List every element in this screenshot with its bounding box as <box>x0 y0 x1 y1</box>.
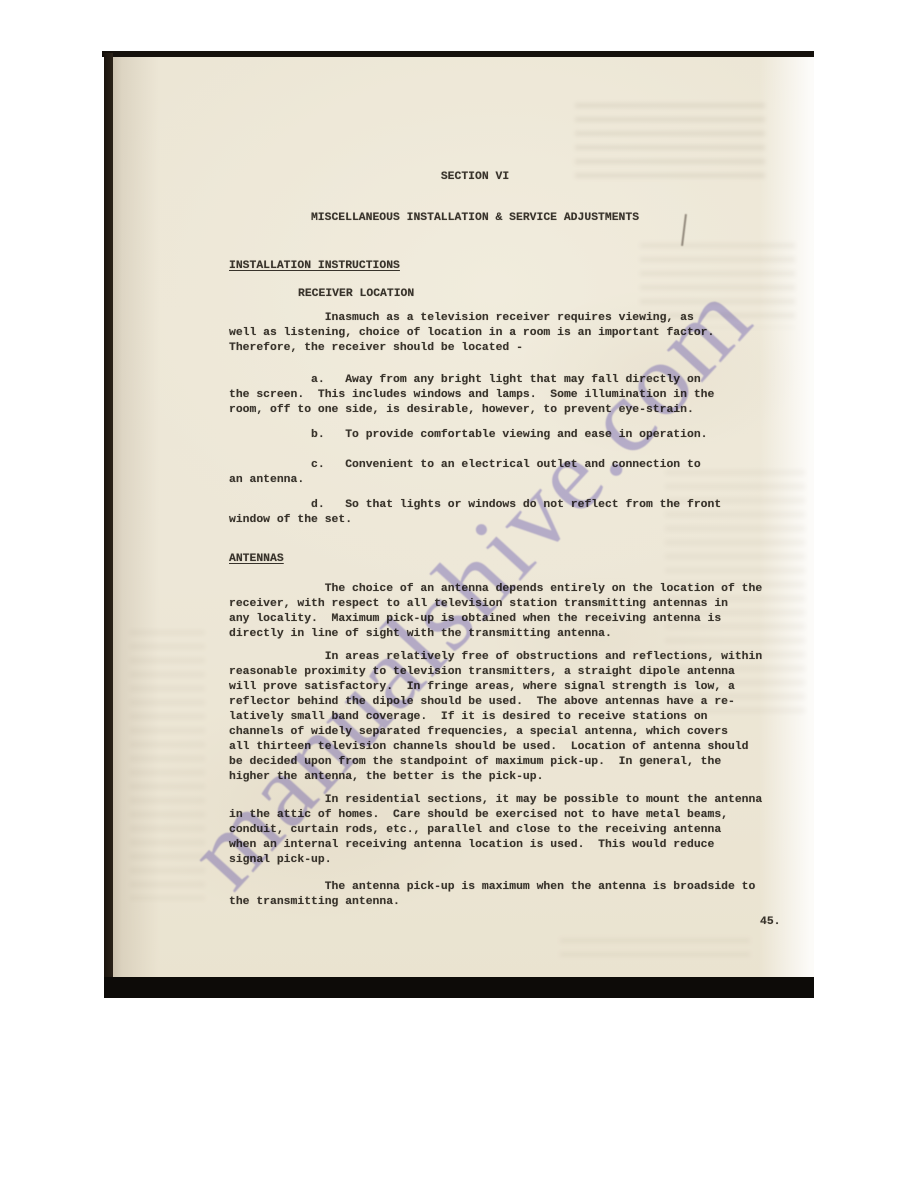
paragraph-antenna-residential: In residential sections, it may be possi… <box>229 793 762 868</box>
bleed-through-smudge <box>130 630 205 900</box>
paragraph-antenna-choice: The choice of an antenna depends entirel… <box>229 582 762 642</box>
book-spine-edge <box>104 53 113 997</box>
section-subtitle: MISCELLANEOUS INSTALLATION & SERVICE ADJ… <box>229 211 721 226</box>
scan-edge-bottom <box>104 977 814 998</box>
page-number: 45. <box>760 915 781 930</box>
paragraph-antenna-broadside: The antenna pick-up is maximum when the … <box>229 880 755 910</box>
scanned-manual-page: { "document": { "section_title": "SECTIO… <box>0 0 918 1188</box>
scan-edge-top <box>102 51 814 57</box>
list-item-c: c. Convenient to an electrical outlet an… <box>229 458 701 488</box>
list-item-d: d. So that lights or windows do not refl… <box>229 498 721 528</box>
list-item-b: b. To provide comfortable viewing and ea… <box>229 428 708 443</box>
paragraph-antenna-areas: In areas relatively free of obstructions… <box>229 650 762 785</box>
paragraph-receiver-intro: Inasmuch as a television receiver requir… <box>229 311 714 356</box>
heading-receiver-location: RECEIVER LOCATION <box>298 287 414 302</box>
heading-antennas: ANTENNAS <box>229 552 284 567</box>
section-title: SECTION VI <box>229 170 721 185</box>
heading-installation-instructions: INSTALLATION INSTRUCTIONS <box>229 259 400 274</box>
bleed-through-smudge <box>575 103 765 178</box>
list-item-a: a. Away from any bright light that may f… <box>229 373 714 418</box>
bleed-through-smudge <box>560 938 750 960</box>
